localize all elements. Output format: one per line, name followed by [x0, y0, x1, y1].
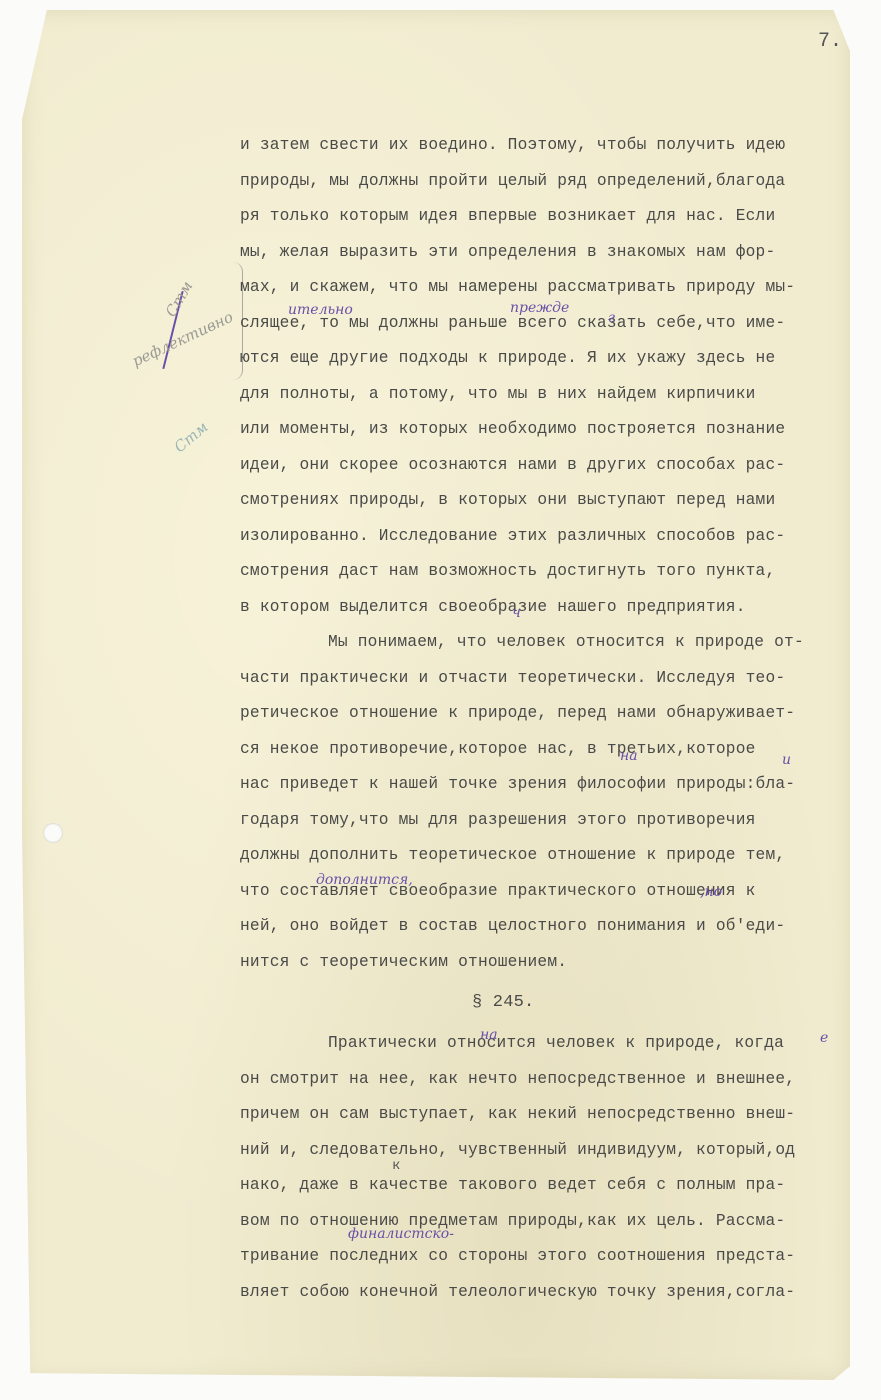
text-line: части практически и отчасти теоретически… [240, 661, 870, 697]
text-line: в котором выделится своеобразие нашего п… [240, 590, 870, 626]
text-line: он смотрит на нее, как нечто непосредств… [240, 1062, 870, 1098]
section-heading: § 245. [240, 980, 870, 1026]
text-line: Мы понимаем, что человек относится к при… [240, 625, 870, 661]
text-line: причем он сам выступает, как некий непос… [240, 1097, 870, 1133]
handwritten-correction: ,но [700, 884, 722, 900]
text-line: нас приведет к нашей точке зрения филосо… [240, 767, 870, 803]
text-line: и затем свести их воедино. Поэтому, чтоб… [240, 128, 870, 164]
text-line: ря только которым идея впервые возникает… [240, 199, 870, 235]
handwritten-correction: на [620, 748, 638, 764]
handwritten-correction: на [480, 1027, 498, 1043]
text-line: тривание последних со стороны этого соот… [240, 1239, 870, 1275]
page-number: 7. [818, 30, 842, 53]
text-line: Практически относится человек к природе,… [240, 1026, 870, 1062]
text-line: вляет собою конечной телеологическую точ… [240, 1275, 870, 1311]
handwritten-correction: финалистско- [348, 1226, 454, 1242]
text-line: ретическое отношение к природе, перед на… [240, 696, 870, 732]
text-line: идеи, они скорее осознаются нами в други… [240, 448, 870, 484]
typed-insertion: к [392, 1158, 400, 1174]
handwritten-correction: прежде [510, 300, 569, 316]
handwritten-correction: дополнится, [316, 872, 413, 888]
text-line: для полноты, а потому, что мы в них найд… [240, 377, 870, 413]
text-line: мы, желая выразить эти определения в зна… [240, 235, 870, 271]
text-line: смотрениях природы, в которых они выступ… [240, 483, 870, 519]
text-line: годаря тому,что мы для разрешения этого … [240, 803, 870, 839]
text-line: или моменты, из которых необходимо постр… [240, 412, 870, 448]
handwritten-correction: е [820, 1030, 828, 1046]
text-line: нако, даже в качестве такового ведет себ… [240, 1168, 870, 1204]
text-line: должны дополнить теоретическое отношение… [240, 838, 870, 874]
text-line: ней, оно войдет в состав целостного пони… [240, 909, 870, 945]
text-line: изолированно. Исследование этих различны… [240, 519, 870, 555]
text-line: вом по отношению предметам природы,как и… [240, 1204, 870, 1240]
handwritten-correction: и [782, 752, 791, 768]
text-line: нится с теоретическим отношением. [240, 945, 870, 981]
text-line: смотрения даст нам возможность достигнут… [240, 554, 870, 590]
punch-hole [43, 823, 63, 843]
text-line: ются еще другие подходы к природе. Я их … [240, 341, 870, 377]
text-line: ний и, следовательно, чувственный индиви… [240, 1133, 870, 1169]
handwritten-correction: г [608, 310, 615, 326]
text-line: ся некое противоречие,которое нас, в тре… [240, 732, 870, 768]
handwritten-correction: ительно [288, 302, 353, 318]
handwritten-correction: ч [512, 605, 521, 621]
text-line: природы, мы должны пройти целый ряд опре… [240, 164, 870, 200]
